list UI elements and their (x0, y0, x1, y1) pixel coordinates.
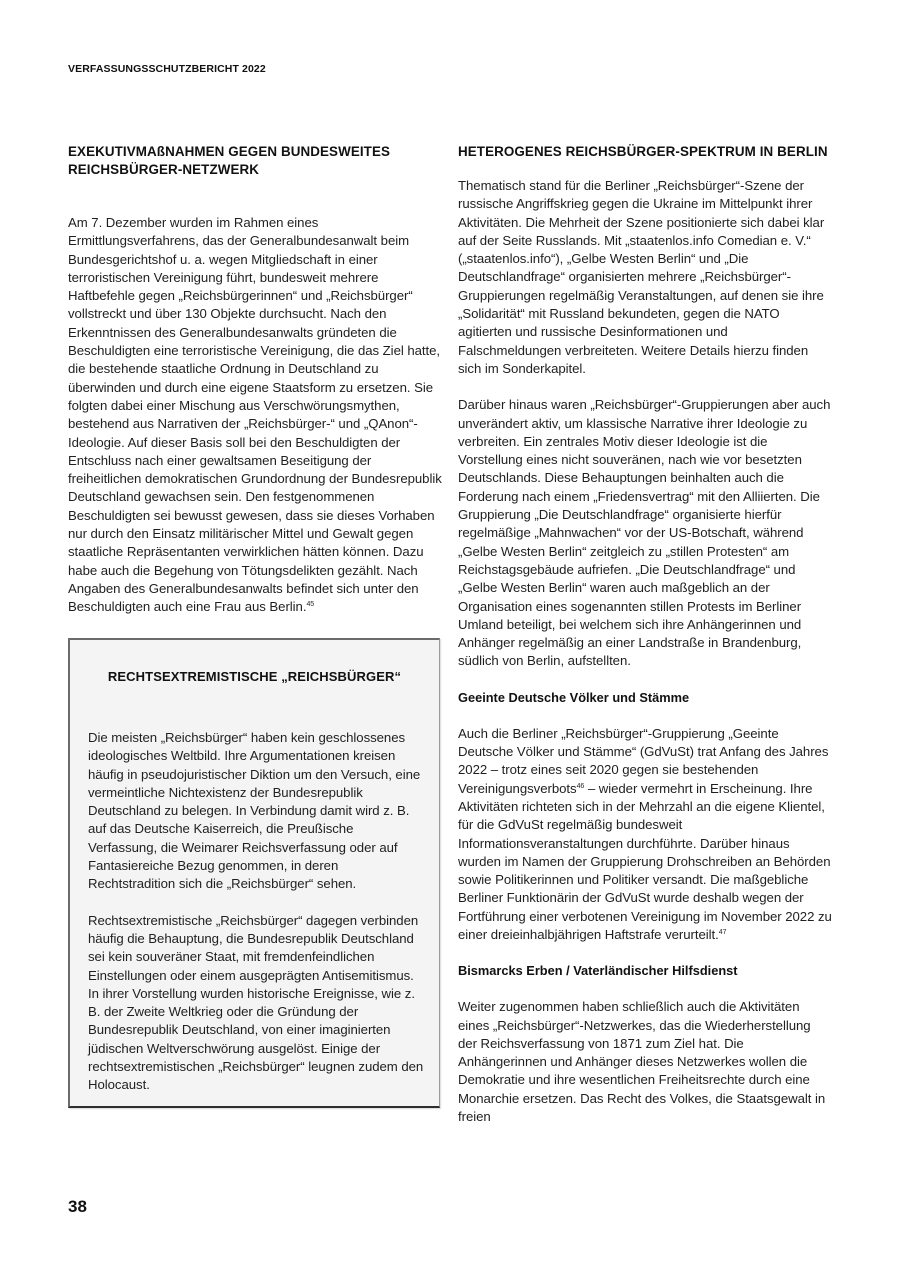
footnote-ref-47[interactable]: 47 (719, 929, 727, 936)
infobox-body: Die meisten „Reichsbürger“ haben kein ge… (88, 729, 425, 1095)
section-title-line-1: EXEKUTIVMAßNAHMEN GEGEN BUNDESWEITES (68, 143, 442, 161)
paragraph-bismarcks-erben: Weiter zugenommen haben schließlich auch… (458, 998, 832, 1126)
section-title-heterogenes-spektrum: HETEROGENES REICHSBÜRGER-SPEKTRUM IN BER… (458, 143, 832, 161)
paragraph-exekutivmassnahmen: Am 7. Dezember wurden im Rahmen eines Er… (68, 214, 442, 617)
right-column: HETEROGENES REICHSBÜRGER-SPEKTRUM IN BER… (458, 143, 832, 1126)
infobox-title: RECHTSEXTREMISTISCHE „REICHSBÜRGER“ (70, 669, 439, 684)
section-title-exekutivmassnahmen: EXEKUTIVMAßNAHMEN GEGEN BUNDESWEITES REI… (68, 143, 442, 179)
infobox-rechtsextremistische-reichsbuerger: RECHTSEXTREMISTISCHE „REICHSBÜRGER“ Die … (68, 638, 440, 1108)
subsection-title-gdvust: Geeinte Deutsche Völker und Stämme (458, 689, 832, 707)
page-number: 38 (68, 1197, 87, 1217)
paragraph-text: Am 7. Dezember wurden im Rahmen eines Er… (68, 215, 442, 614)
running-header: VERFASSUNGSSCHUTZBERICHT 2022 (68, 63, 266, 75)
subsection-title-bismarcks-erben: Bismarcks Erben / Vaterländischer Hilfsd… (458, 962, 832, 980)
paragraph-text-part-2: – wieder vermehrt in Erscheinung. Ihre A… (458, 781, 832, 942)
infobox-paragraph-2: Rechtsextremistische „Reichsbürger“ dage… (88, 912, 425, 1095)
paragraph-darueber-hinaus: Darüber hinaus waren „Reichsbürger“-Grup… (458, 396, 832, 670)
paragraph-gdvust: Auch die Berliner „Reichsbürger“-Gruppie… (458, 725, 832, 945)
left-column: EXEKUTIVMAßNAHMEN GEGEN BUNDESWEITES REI… (68, 143, 442, 617)
paragraph-thematisch: Thematisch stand für die Berliner „Reich… (458, 177, 832, 378)
footnote-ref-45[interactable]: 45 (306, 601, 314, 608)
section-title-line-2: REICHSBÜRGER-NETZWERK (68, 161, 442, 179)
infobox-paragraph-1: Die meisten „Reichsbürger“ haben kein ge… (88, 729, 425, 894)
